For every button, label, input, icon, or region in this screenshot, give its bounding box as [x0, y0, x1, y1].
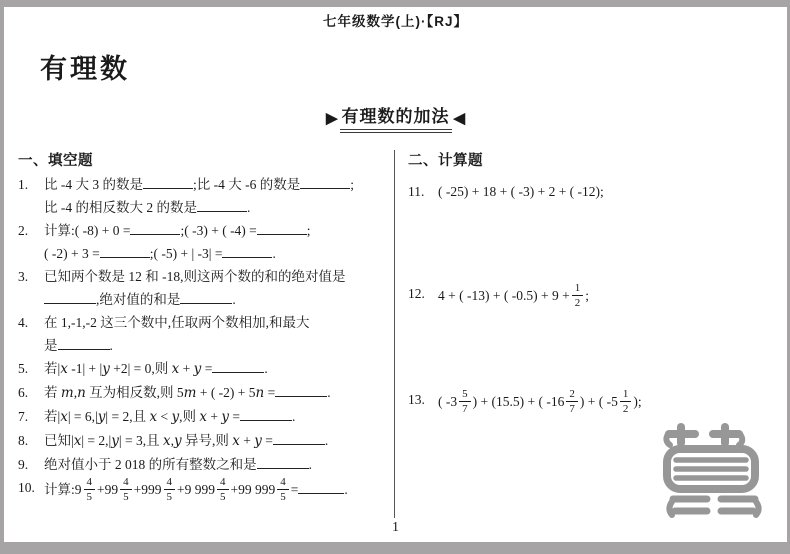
- problem-item: 4.在 1,-1,-2 这三个数中,任取两个数相加,和最大是.: [18, 311, 392, 357]
- blank-answer-field: [197, 200, 247, 212]
- math-variable: x: [60, 409, 68, 425]
- problem-text: +: [179, 361, 193, 376]
- problem-body: 若|x| = 6,|y| = 2,且 x < y,则 x + y =.: [44, 405, 392, 429]
- section-heading: ▶ 有理数的加法 ◀: [4, 102, 787, 133]
- fraction: 27: [566, 388, 578, 415]
- blank-answer-field: [100, 246, 150, 258]
- problem-text: ;( -5) + | -3| =: [150, 246, 223, 261]
- problem-line: 比 -4 大 3 的数是;比 -4 大 -6 的数是;: [44, 173, 392, 196]
- problem-text: .: [327, 385, 330, 400]
- problem-text: 已知两个数是 12 和 -18,则这两个数的和的绝对值是: [44, 269, 346, 284]
- fraction: 57: [459, 388, 471, 415]
- problem-line: 在 1,-1,-2 这三个数中,任取两个数相加,和最大: [44, 311, 392, 334]
- left-triangle-icon: ▶: [324, 109, 340, 127]
- fraction: 12: [620, 388, 632, 415]
- problem-text: | = 6,|: [68, 409, 98, 424]
- fraction: 45: [277, 476, 289, 503]
- problem-number: 12.: [408, 282, 438, 305]
- problem-line: 已知|x| = 2,|y| = 3,且 x,y 异号,则 x + y =.: [44, 429, 392, 453]
- math-variable: x: [163, 433, 171, 449]
- problem-body: 已知两个数是 12 和 -18,则这两个数的和的绝对值是,绝对值的和是.: [44, 265, 392, 311]
- problem-number: 10.: [18, 476, 44, 499]
- fraction: 45: [217, 476, 229, 503]
- problem-text: 异号,则: [182, 433, 233, 448]
- problem-text: ;: [585, 288, 589, 303]
- problem-body: 绝对值小于 2 018 的所有整数之和是.: [44, 453, 392, 476]
- problem-text: .: [309, 457, 312, 472]
- problem-text: +: [240, 433, 254, 448]
- problem-body: 在 1,-1,-2 这三个数中,任取两个数相加,和最大是.: [44, 311, 392, 357]
- problem-text: ( -3: [438, 394, 457, 409]
- right-column-heading: 二、计算题: [408, 150, 784, 173]
- problem-text: +999: [134, 482, 162, 497]
- math-variable: y: [102, 361, 110, 377]
- problem-line: 若|x| = 6,|y| = 2,且 x < y,则 x + y =.: [44, 405, 392, 429]
- problem-text: | = 3,且: [119, 433, 163, 448]
- problem-line: ( -25) + 18 + ( -3) + 2 + ( -12);: [438, 180, 784, 203]
- problem-text: ;( -3) + ( -4) =: [180, 223, 256, 238]
- problem-text: 计算:9: [44, 482, 82, 497]
- problem-text: =: [201, 361, 212, 376]
- problem-text: 绝对值小于 2 018 的所有整数之和是: [44, 457, 257, 472]
- problem-number: 11.: [408, 180, 438, 203]
- problem-text: ,绝对值的和是: [96, 292, 180, 307]
- math-variable: y: [221, 409, 229, 425]
- problem-number: 4.: [18, 311, 44, 334]
- blank-answer-field: [300, 177, 350, 189]
- problem-text: -1| + |: [68, 361, 102, 376]
- problem-number: 3.: [18, 265, 44, 288]
- problem-text: +99: [97, 482, 118, 497]
- blank-answer-field: [240, 409, 292, 421]
- blank-answer-field: [298, 482, 344, 494]
- left-column-heading: 一、填空题: [18, 150, 392, 173]
- math-variable: y: [111, 433, 119, 449]
- problem-text: 在 1,-1,-2 这三个数中,任取两个数相加,和最大: [44, 315, 310, 330]
- blank-answer-field: [257, 223, 307, 235]
- fill-in-blank-problem-list: 1.比 -4 大 3 的数是;比 -4 大 -6 的数是;比 -4 的相反数大 …: [18, 173, 392, 503]
- chapter-title: 有理数: [40, 47, 130, 86]
- problem-number: 9.: [18, 453, 44, 476]
- problem-line: 若 m,n 互为相反数,则 5m + ( -2) + 5n =.: [44, 381, 392, 405]
- problem-body: 4 + ( -13) + ( -0.5) + 9 +12;: [438, 282, 784, 309]
- problem-line: 是.: [44, 334, 392, 357]
- problem-text: ( -25) + 18 + ( -3) + 2 + ( -12);: [438, 184, 604, 199]
- problem-body: 若|x -1| + |y +2| = 0,则 x + y =.: [44, 357, 392, 381]
- problem-body: 已知|x| = 2,|y| = 3,且 x,y 异号,则 x + y =.: [44, 429, 392, 453]
- problem-number: 8.: [18, 429, 44, 452]
- problem-text: 若|: [44, 361, 60, 376]
- problem-item: 13.( -357) + (15.5) + ( -1627) + ( -512)…: [408, 388, 784, 415]
- math-variable: x: [199, 409, 207, 425]
- problem-item: 1.比 -4 大 3 的数是;比 -4 大 -6 的数是;比 -4 的相反数大 …: [18, 173, 392, 219]
- watermark-seal-icon: [659, 419, 769, 522]
- section-title: 有理数的加法: [340, 102, 452, 133]
- problem-body: 计算:( -8) + 0 =;( -3) + ( -4) =;( -2) + 3…: [44, 219, 392, 265]
- problem-text: 4 + ( -13) + ( -0.5) + 9 +: [438, 288, 570, 303]
- problem-text: 若|: [44, 409, 60, 424]
- problem-text: ;比 -4 大 -6 的数是: [193, 177, 300, 192]
- page-number: 1: [4, 520, 787, 536]
- problem-text: );: [633, 394, 641, 409]
- problem-text: | = 2,|: [81, 433, 111, 448]
- problem-line: 比 -4 的相反数大 2 的数是.: [44, 196, 392, 219]
- problem-number: 13.: [408, 388, 438, 411]
- problem-text: .: [344, 482, 347, 497]
- problem-text: 比 -4 的相反数大 2 的数是: [44, 200, 197, 215]
- problem-text: 互为相反数,则 5: [86, 385, 184, 400]
- fill-in-blank-section: 一、填空题 1.比 -4 大 3 的数是;比 -4 大 -6 的数是;比 -4 …: [18, 150, 392, 503]
- problem-line: 计算:945+9945+99945+9 99945+99 99945=.: [44, 476, 392, 503]
- problem-text: =: [291, 482, 299, 497]
- math-variable: y: [174, 433, 182, 449]
- fraction: 12: [572, 282, 584, 309]
- problem-text: 计算:( -8) + 0 =: [44, 223, 130, 238]
- problem-text: ) + (15.5) + ( -16: [473, 394, 565, 409]
- problem-text: ;: [307, 223, 311, 238]
- blank-answer-field: [275, 385, 327, 397]
- problem-item: 7.若|x| = 6,|y| = 2,且 x < y,则 x + y =.: [18, 405, 392, 429]
- blank-answer-field: [44, 292, 96, 304]
- blank-answer-field: [257, 457, 309, 469]
- problem-item: 9.绝对值小于 2 018 的所有整数之和是.: [18, 453, 392, 476]
- problem-text: ( -2) + 3 =: [44, 246, 100, 261]
- problem-text: + ( -2) + 5: [196, 385, 255, 400]
- problem-number: 1.: [18, 173, 44, 196]
- page: 七年级数学(上)·【RJ】 有理数 ▶ 有理数的加法 ◀ 一、填空题 1.比 -…: [4, 7, 787, 542]
- problem-line: ( -2) + 3 =;( -5) + | -3| =.: [44, 242, 392, 265]
- problem-text: | = 2,且: [105, 409, 149, 424]
- blank-answer-field: [58, 338, 110, 350]
- calculation-problem-list: 11.( -25) + 18 + ( -3) + 2 + ( -12);12.4…: [408, 180, 784, 415]
- problem-text: .: [272, 246, 275, 261]
- problem-number: 2.: [18, 219, 44, 242]
- problem-text: .: [110, 338, 113, 353]
- blank-answer-field: [143, 177, 193, 189]
- math-variable: y: [254, 433, 262, 449]
- problem-text: =: [229, 409, 240, 424]
- problem-item: 5.若|x -1| + |y +2| = 0,则 x + y =.: [18, 357, 392, 381]
- problem-text: .: [292, 409, 295, 424]
- math-variable: x: [149, 409, 157, 425]
- math-variable: x: [60, 361, 68, 377]
- problem-item: 11.( -25) + 18 + ( -3) + 2 + ( -12);: [408, 180, 784, 203]
- problem-text: .: [264, 361, 267, 376]
- problem-body: ( -25) + 18 + ( -3) + 2 + ( -12);: [438, 180, 784, 203]
- blank-answer-field: [273, 433, 325, 445]
- problem-body: 比 -4 大 3 的数是;比 -4 大 -6 的数是;比 -4 的相反数大 2 …: [44, 173, 392, 219]
- math-variable: y: [171, 409, 179, 425]
- problem-text: =: [264, 385, 275, 400]
- blank-answer-field: [222, 246, 272, 258]
- blank-answer-field: [130, 223, 180, 235]
- blank-answer-field: [212, 361, 264, 373]
- problem-item: 6.若 m,n 互为相反数,则 5m + ( -2) + 5n =.: [18, 381, 392, 405]
- problem-number: 7.: [18, 405, 44, 428]
- math-variable: m: [61, 385, 74, 401]
- problem-text: ;: [350, 177, 354, 192]
- problem-body: 若 m,n 互为相反数,则 5m + ( -2) + 5n =.: [44, 381, 392, 405]
- problem-line: ( -357) + (15.5) + ( -1627) + ( -512);: [438, 388, 784, 415]
- problem-line: ,绝对值的和是.: [44, 288, 392, 311]
- problem-text: +: [207, 409, 221, 424]
- problem-text: +2| = 0,则: [110, 361, 172, 376]
- math-variable: m: [184, 385, 197, 401]
- page-header: 七年级数学(上)·【RJ】: [4, 10, 787, 30]
- problem-line: 计算:( -8) + 0 =;( -3) + ( -4) =;: [44, 219, 392, 242]
- problem-number: 5.: [18, 357, 44, 380]
- problem-item: 2.计算:( -8) + 0 =;( -3) + ( -4) =;( -2) +…: [18, 219, 392, 265]
- math-variable: x: [232, 433, 240, 449]
- problem-line: 若|x -1| + |y +2| = 0,则 x + y =.: [44, 357, 392, 381]
- column-divider: [394, 150, 395, 518]
- problem-text: 若: [44, 385, 61, 400]
- problem-text: .: [232, 292, 235, 307]
- problem-line: 绝对值小于 2 018 的所有整数之和是.: [44, 453, 392, 476]
- problem-text: 比 -4 大 3 的数是: [44, 177, 143, 192]
- math-variable: n: [256, 385, 265, 401]
- problem-body: ( -357) + (15.5) + ( -1627) + ( -512);: [438, 388, 784, 415]
- problem-text: +9 999: [177, 482, 215, 497]
- problem-text: 已知|: [44, 433, 74, 448]
- problem-text: ,则: [179, 409, 199, 424]
- fraction: 45: [120, 476, 132, 503]
- problem-text: ) + ( -5: [580, 394, 618, 409]
- problem-number: 6.: [18, 381, 44, 404]
- scanned-workbook-page: { "page": { "header": "七年级数学(上)·【RJ】", "…: [0, 0, 790, 554]
- problem-text: .: [325, 433, 328, 448]
- problem-line: 已知两个数是 12 和 -18,则这两个数的和的绝对值是: [44, 265, 392, 288]
- problem-item: 3.已知两个数是 12 和 -18,则这两个数的和的绝对值是,绝对值的和是.: [18, 265, 392, 311]
- problem-line: 4 + ( -13) + ( -0.5) + 9 +12;: [438, 282, 784, 309]
- math-variable: n: [77, 385, 86, 401]
- problem-item: 8.已知|x| = 2,|y| = 3,且 x,y 异号,则 x + y =.: [18, 429, 392, 453]
- calculation-section: 二、计算题 11.( -25) + 18 + ( -3) + 2 + ( -12…: [408, 150, 784, 415]
- problem-text: 是: [44, 338, 58, 353]
- problem-text: <: [157, 409, 171, 424]
- right-triangle-icon: ◀: [452, 109, 468, 127]
- fraction: 45: [164, 476, 176, 503]
- problem-text: .: [247, 200, 250, 215]
- problem-text: +99 999: [231, 482, 276, 497]
- problem-item: 10.计算:945+9945+99945+9 99945+99 99945=.: [18, 476, 392, 503]
- blank-answer-field: [180, 292, 232, 304]
- fraction: 45: [84, 476, 96, 503]
- problem-item: 12.4 + ( -13) + ( -0.5) + 9 +12;: [408, 282, 784, 309]
- problem-text: =: [262, 433, 273, 448]
- problem-body: 计算:945+9945+99945+9 99945+99 99945=.: [44, 476, 392, 503]
